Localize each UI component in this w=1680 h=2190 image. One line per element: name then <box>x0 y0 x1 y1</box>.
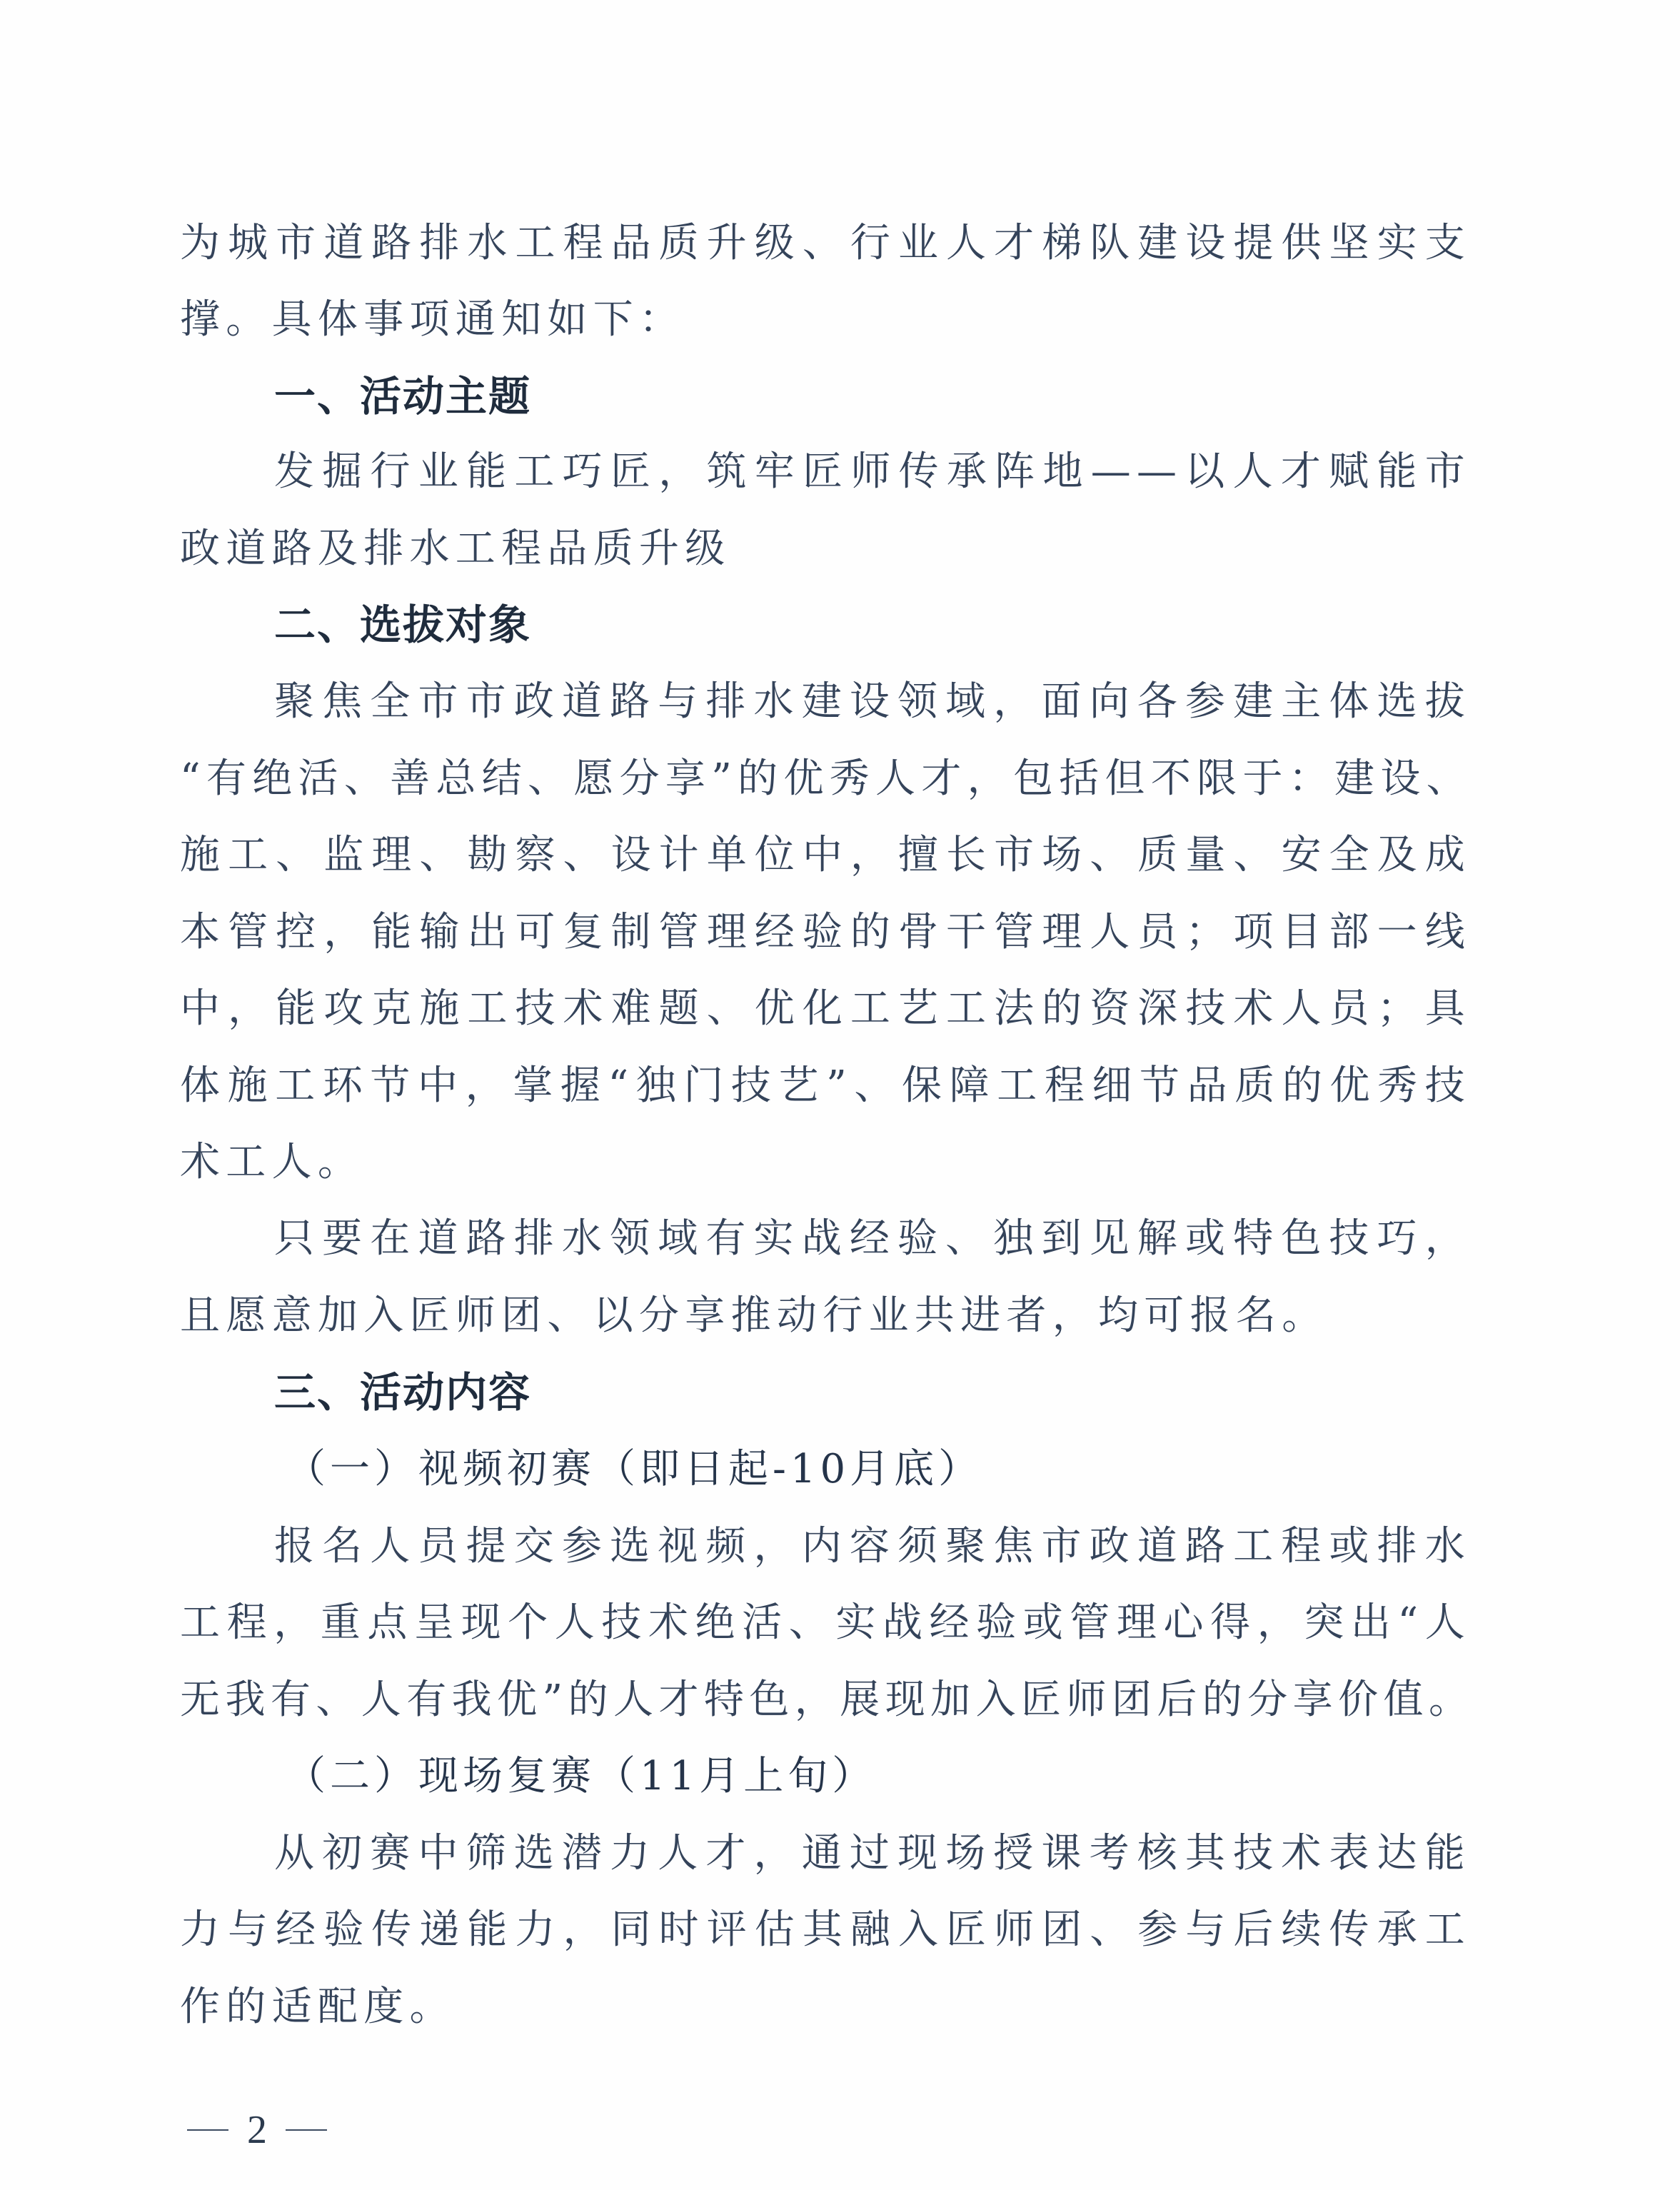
body-line: 体施工环节中，掌握“独门技艺”、保障工程细节品质的优秀技 <box>180 1048 1471 1124</box>
body-line: 作的适配度。 <box>180 1969 1471 2045</box>
section-heading-selection-targets: 二、选拔对象 <box>274 587 531 663</box>
body-line: 施工、监理、勘察、设计单位中，擅长市场、质量、安全及成 <box>180 817 1471 893</box>
body-line: 力与经验传递能力，同时评估其融入匠师团、参与后续传承工 <box>180 1892 1471 1968</box>
subsection-heading-onsite-semifinal: （二）现场复赛（11月上旬） <box>286 1738 876 1814</box>
body-line: 只要在道路排水领域有实战经验、独到见解或特色技巧， <box>274 1200 1471 1277</box>
page-number-value: 2 <box>247 2105 267 2155</box>
document-page: 为城市道路排水工程品质升级、行业人才梯队建设提供坚实支 撑。具体事项通知如下： … <box>0 0 1680 2190</box>
page-number: 2 <box>187 2105 327 2155</box>
body-line: 无我有、人有我优”的人才特色，展现加入匠师团后的分享价值。 <box>180 1662 1471 1738</box>
body-line: 报名人员提交参选视频，内容须聚焦市政道路工程或排水 <box>274 1508 1471 1584</box>
section-heading-activity-content: 三、活动内容 <box>274 1355 531 1431</box>
body-line: 聚焦全市市政道路与排水建设领域，面向各参建主体选拔 <box>274 663 1471 740</box>
body-line: 政道路及排水工程品质升级 <box>180 511 1471 587</box>
section-heading-theme: 一、活动主题 <box>274 358 531 435</box>
body-line: 中，能攻克施工技术难题、优化工艺工法的资深技术人员；具 <box>180 970 1471 1047</box>
body-line: 为城市道路排水工程品质升级、行业人才梯队建设提供坚实支 <box>180 205 1471 281</box>
body-line: 且愿意加入匠师团、以分享推动行业共进者，均可报名。 <box>180 1277 1471 1354</box>
body-line: 从初赛中筛选潜力人才，通过现场授课考核其技术表达能 <box>274 1815 1471 1892</box>
body-line: 本管控，能输出可复制管理经验的骨干管理人员；项目部一线 <box>180 894 1471 970</box>
subsection-heading-video-preliminary: （一）视频初赛（即日起-10月底） <box>286 1431 982 1507</box>
body-line: 术工人。 <box>180 1124 1471 1200</box>
body-line: 发掘行业能工巧匠，筑牢匠师传承阵地——以人才赋能市 <box>274 433 1471 510</box>
body-line: 撑。具体事项通知如下： <box>180 281 1471 358</box>
body-line: 工程，重点呈现个人技术绝活、实战经验或管理心得，突出“人 <box>180 1584 1471 1661</box>
body-line: “有绝活、善总结、愿分享”的优秀人才，包括但不限于：建设、 <box>180 740 1471 817</box>
page-number-dash-left <box>187 2129 228 2131</box>
page-number-dash-right <box>286 2129 327 2131</box>
